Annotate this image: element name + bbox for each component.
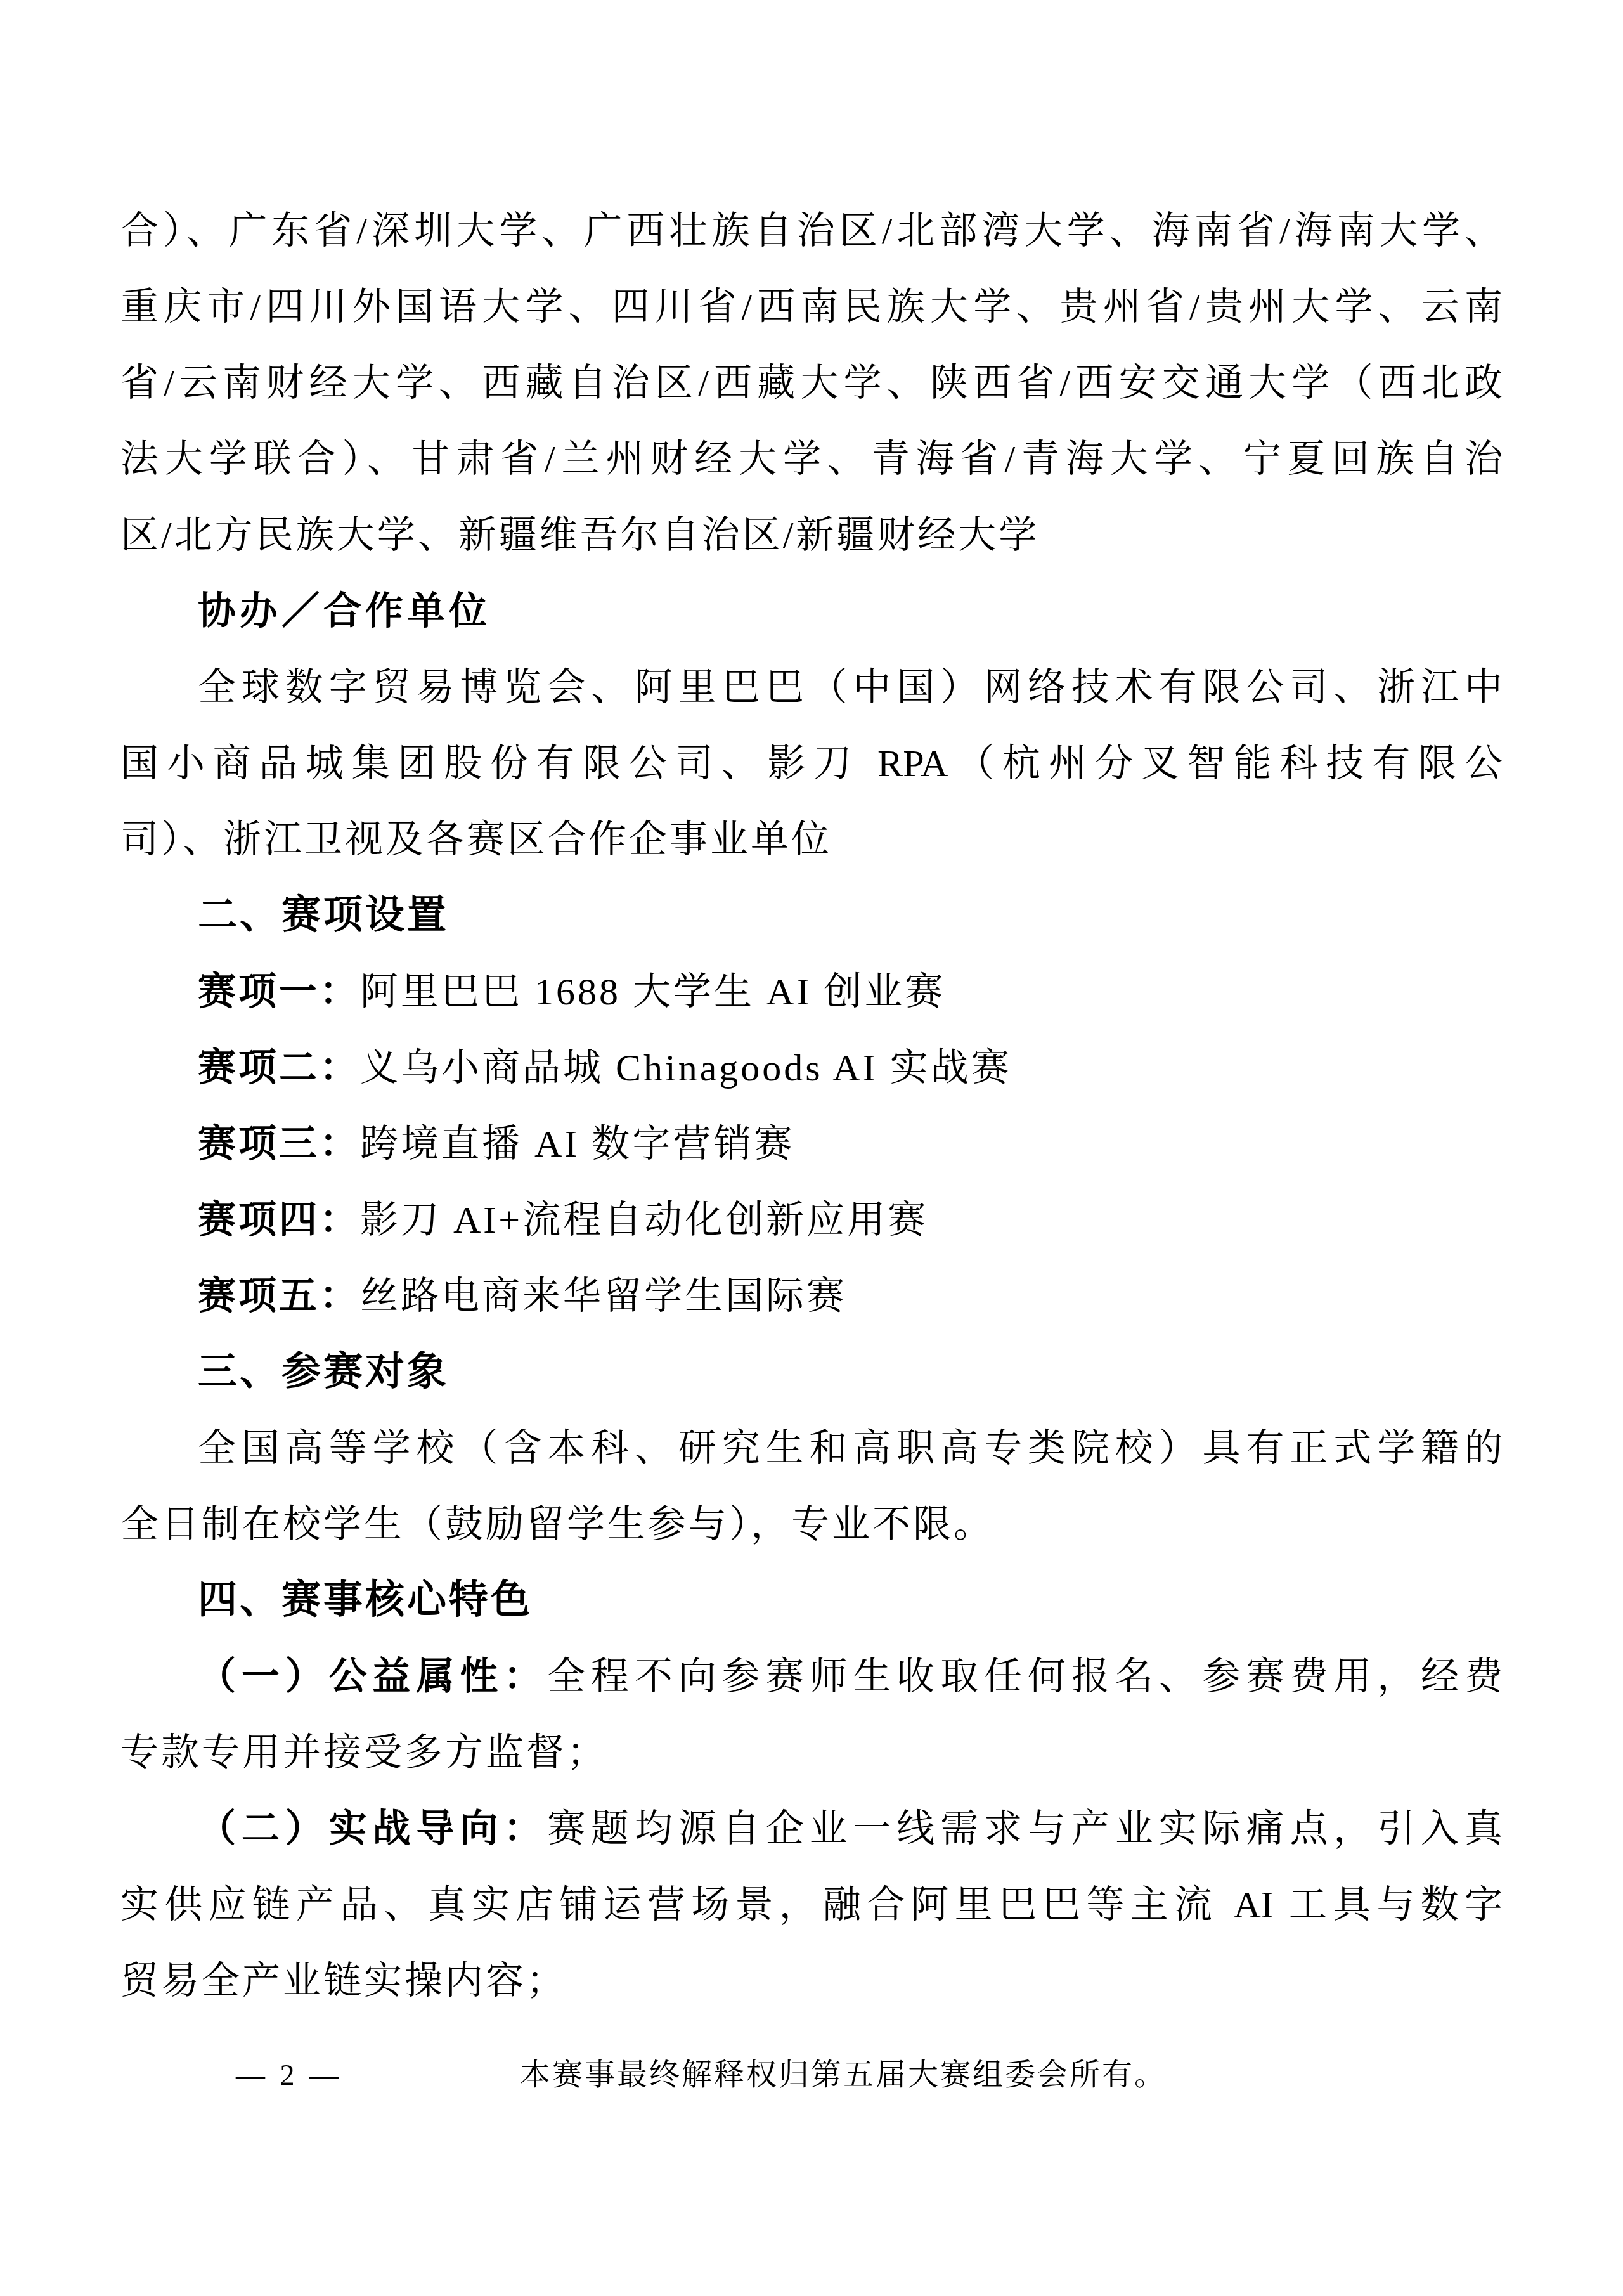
host-units-line: 省/云南财经大学、西藏自治区/西藏大学、陕西省/西安交通大学（西北政 [120,345,1503,421]
feature-practical-line: （二）实战导向：赛题均源自企业一线需求与产业实际痛点，引入真 [120,1791,1503,1867]
event-label: 赛项二： [198,1047,360,1089]
event-item-line: 赛项四：影刀 AI+流程自动化创新应用赛 [120,1182,1503,1258]
footer-note: 本赛事最终解释权归第五届大赛组委会所有。 [520,2053,1167,2098]
feature-text: 全程不向参赛师生收取任何报名、参赛费用，经费 [547,1656,1503,1697]
section-heading-participants: 三、参赛对象 [120,1334,1503,1410]
section-heading-features: 四、赛事核心特色 [120,1562,1503,1638]
event-title: 阿里巴巴 1688 大学生 AI 创业赛 [360,971,945,1013]
feature-public-welfare-line: （一）公益属性：全程不向参赛师生收取任何报名、参赛费用，经费 [120,1638,1503,1715]
participants-line: 全国高等学校（含本科、研究生和高职高专类院校）具有正式学籍的 [120,1410,1503,1486]
document-body: 合）、广东省/深圳大学、广西壮族自治区/北部湾大学、海南省/海南大学、 重庆市/… [120,193,1503,2019]
event-item-line: 赛项二：义乌小商品城 Chinagoods AI 实战赛 [120,1030,1503,1106]
section-heading-events: 二、赛项设置 [120,878,1503,954]
host-units-line: 法大学联合）、甘肃省/兰州财经大学、青海省/青海大学、宁夏回族自治 [120,421,1503,497]
feature-text: 赛题均源自企业一线需求与产业实际痛点，引入真 [547,1808,1503,1850]
event-item-line: 赛项五：丝路电商来华留学生国际赛 [120,1258,1503,1334]
event-label: 赛项五： [198,1275,360,1317]
event-item-line: 赛项一：阿里巴巴 1688 大学生 AI 创业赛 [120,954,1503,1030]
feature-practical-line: 贸易全产业链实操内容； [120,1943,1503,2019]
page-number: — 2 — [236,2053,342,2098]
event-item-line: 赛项三：跨境直播 AI 数字营销赛 [120,1106,1503,1182]
host-units-line: 区/北方民族大学、新疆维吾尔自治区/新疆财经大学 [120,497,1503,573]
feature-practical-line: 实供应链产品、真实店铺运营场景，融合阿里巴巴等主流 AI 工具与数字 [120,1867,1503,1943]
co-organizer-units-line: 国小商品城集团股份有限公司、影刀 RPA（杭州分叉智能科技有限公 [120,725,1503,801]
co-organizer-units-line: 全球数字贸易博览会、阿里巴巴（中国）网络技术有限公司、浙江中 [120,649,1503,725]
event-title: 义乌小商品城 Chinagoods AI 实战赛 [360,1047,1012,1089]
host-units-line: 重庆市/四川外国语大学、四川省/西南民族大学、贵州省/贵州大学、云南 [120,269,1503,345]
document-page: 合）、广东省/深圳大学、广西壮族自治区/北部湾大学、海南省/海南大学、 重庆市/… [0,0,1623,2296]
co-organizer-subheading: 协办／合作单位 [120,573,1503,649]
event-label: 赛项四： [198,1199,360,1241]
host-units-line: 合）、广东省/深圳大学、广西壮族自治区/北部湾大学、海南省/海南大学、 [120,193,1503,269]
event-title: 跨境直播 AI 数字营销赛 [360,1123,794,1165]
co-organizer-units-line: 司）、浙江卫视及各赛区合作企事业单位 [120,801,1503,878]
event-title: 影刀 AI+流程自动化创新应用赛 [360,1199,928,1241]
event-label: 赛项三： [198,1123,360,1165]
event-label: 赛项一： [198,971,360,1013]
participants-line: 全日制在校学生（鼓励留学生参与），专业不限。 [120,1486,1503,1562]
feature-public-welfare-line: 专款专用并接受多方监督； [120,1715,1503,1791]
event-title: 丝路电商来华留学生国际赛 [360,1275,847,1317]
page-footer: — 2 — 本赛事最终解释权归第五届大赛组委会所有。 [0,2053,1623,2098]
feature-label: （一）公益属性： [198,1656,547,1697]
feature-label: （二）实战导向： [198,1808,547,1850]
